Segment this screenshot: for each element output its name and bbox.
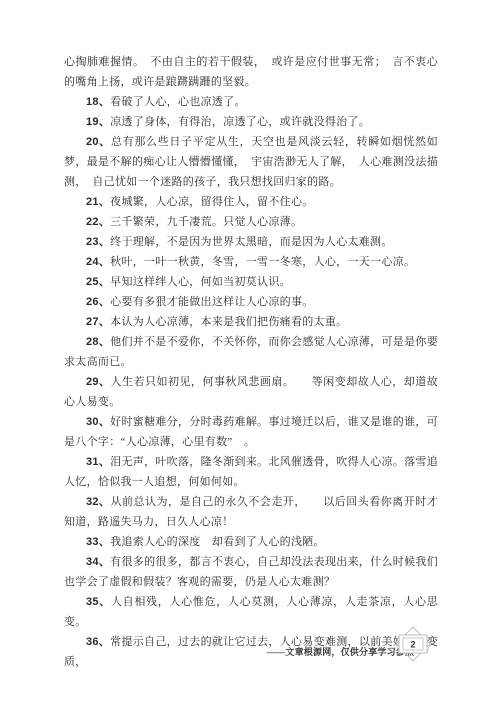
quote-text: 我追索人心的深度 却看到了人心的浅陋。 bbox=[110, 536, 325, 548]
quote-text: 看破了人心，心也凉透了。 bbox=[110, 96, 246, 108]
quote-text: 好时蜜糖难分，分时毒药难解。事过境迁以后，谁又是谁的谁，可是八个字：“人心凉薄，… bbox=[64, 416, 438, 448]
quote-number: 18、 bbox=[86, 96, 110, 108]
quote-item: 24、秋叶，一叶一秋黄，冬雪，一雪一冬寒，人心，一天一心凉。 bbox=[64, 252, 438, 272]
quote-number: 33、 bbox=[86, 536, 110, 548]
quote-text: 三千繁荣，九千凄荒。只觉人心凉薄。 bbox=[110, 216, 302, 228]
quote-item: 26、心要有多狠才能做出这样让人心凉的事。 bbox=[64, 292, 438, 312]
quote-number: 27、 bbox=[86, 316, 110, 328]
quote-item: 20、总有那么些日子平定从生，天空也是风淡云轻，转瞬如烟恍然如梦，最是不解的痴心… bbox=[64, 132, 438, 192]
continuation-paragraph: 心掏肺难握情。 不由自主的若干假装， 或许是应付世事无常； 言不衷心的嘴角上扬，… bbox=[64, 52, 438, 92]
quote-list: 18、看破了人心，心也凉透了。19、凉透了身体，有得治，凉透了心，或许就没得治了… bbox=[64, 92, 438, 672]
source-note: ——文章根源网，仅供分享学习参照 bbox=[267, 645, 414, 658]
quote-number: 25、 bbox=[86, 276, 110, 288]
quote-number: 28、 bbox=[86, 336, 110, 348]
quote-number: 26、 bbox=[86, 296, 110, 308]
quote-number: 22、 bbox=[86, 216, 110, 228]
quote-number: 35、 bbox=[86, 596, 111, 608]
quote-text: 他们并不是不爱你，不关怀你，而你会感觉人心凉薄，可是是你要求太高而已。 bbox=[64, 336, 438, 368]
document-body: 心掏肺难握情。 不由自主的若干假装， 或许是应付世事无常； 言不衷心的嘴角上扬，… bbox=[64, 52, 438, 672]
quote-item: 34、有很多的很多，都言不衷心，自己却没法表现出来，什么时候我们也学会了虚假和假… bbox=[64, 552, 438, 592]
quote-item: 31、泪无声，叶吹落，隆冬渐到来。北风催透骨，吹得人心凉。落雪追人忆，恰似我一人… bbox=[64, 452, 438, 492]
document-page: 心掏肺难握情。 不由自主的若干假装， 或许是应付世事无常； 言不衷心的嘴角上扬，… bbox=[0, 0, 500, 708]
quote-item: 35、人自相残，人心惟危，人心莫测，人心薄凉，人走茶凉，人心思变。 bbox=[64, 592, 438, 632]
quote-item: 32、从前总认为，是自己的永久不会走开， 以后回头看你离开时才知道，路遥失马力，… bbox=[64, 492, 438, 532]
page-number-ornament: 2 bbox=[394, 626, 432, 662]
quote-text: 秋叶，一叶一秋黄，冬雪，一雪一冬寒，人心，一天一心凉。 bbox=[110, 256, 415, 268]
quote-text: 本认为人心凉薄，本来是我们把伤痛看的太重。 bbox=[110, 316, 347, 328]
quote-text: 心要有多狠才能做出这样让人心凉的事。 bbox=[110, 296, 313, 308]
quote-item: 30、好时蜜糖难分，分时毒药难解。事过境迁以后，谁又是谁的谁，可是八个字：“人心… bbox=[64, 412, 438, 452]
quote-text: 从前总认为，是自己的永久不会走开， 以后回头看你离开时才知道，路遥失马力，日久人… bbox=[64, 496, 438, 528]
quote-text: 早知这样绊人心，何如当初莫认识。 bbox=[110, 276, 291, 288]
quote-item: 18、看破了人心，心也凉透了。 bbox=[64, 92, 438, 112]
quote-item: 33、我追索人心的深度 却看到了人心的浅陋。 bbox=[64, 532, 438, 552]
page-number: 2 bbox=[410, 640, 415, 650]
quote-number: 30、 bbox=[86, 416, 110, 428]
quote-item: 25、早知这样绊人心，何如当初莫认识。 bbox=[64, 272, 438, 292]
quote-item: 28、他们并不是不爱你，不关怀你，而你会感觉人心凉薄，可是是你要求太高而已。 bbox=[64, 332, 438, 372]
quote-number: 21、 bbox=[86, 196, 110, 208]
quote-item: 29、人生若只如初见，何事秋风悲画扇。 等闲变却故人心，却道故心人易变。 bbox=[64, 372, 438, 412]
quote-number: 31、 bbox=[86, 456, 110, 468]
quote-item: 27、本认为人心凉薄，本来是我们把伤痛看的太重。 bbox=[64, 312, 438, 332]
quote-text: 夜城繁，人心凉，留得住人，留不住心。 bbox=[110, 196, 313, 208]
quote-number: 19、 bbox=[86, 116, 110, 128]
quote-item: 21、夜城繁，人心凉，留得住人，留不住心。 bbox=[64, 192, 438, 212]
quote-item: 22、三千繁荣，九千凄荒。只觉人心凉薄。 bbox=[64, 212, 438, 232]
quote-text: 有很多的很多，都言不衷心，自己却没法表现出来，什么时候我们也学会了虚假和假装？客… bbox=[64, 556, 438, 588]
quote-text: 终于理解，不是因为世界太黑暗，而是因为人心太难测。 bbox=[110, 236, 393, 248]
quote-number: 24、 bbox=[86, 256, 110, 268]
quote-text: 泪无声，叶吹落，隆冬渐到来。北风催透骨，吹得人心凉。落雪追人忆，恰似我一人追想，… bbox=[64, 456, 438, 488]
quote-item: 23、终于理解，不是因为世界太黑暗，而是因为人心太难测。 bbox=[64, 232, 438, 252]
quote-item: 19、凉透了身体，有得治，凉透了心，或许就没得治了。 bbox=[64, 112, 438, 132]
quote-text: 总有那么些日子平定从生，天空也是风淡云轻，转瞬如烟恍然如梦，最是不解的痴心让人懵… bbox=[64, 136, 438, 188]
quote-number: 32、 bbox=[86, 496, 111, 508]
quote-number: 20、 bbox=[86, 136, 111, 148]
quote-text: 人生若只如初见，何事秋风悲画扇。 等闲变却故人心，却道故心人易变。 bbox=[64, 376, 438, 408]
quote-text: 人自相残，人心惟危，人心莫测，人心薄凉，人走茶凉，人心思变。 bbox=[64, 596, 438, 628]
quote-number: 36、 bbox=[86, 636, 110, 648]
quote-number: 29、 bbox=[86, 376, 111, 388]
quote-number: 34、 bbox=[86, 556, 110, 568]
quote-number: 23、 bbox=[86, 236, 110, 248]
quote-text: 凉透了身体，有得治，凉透了心，或许就没得治了。 bbox=[110, 116, 370, 128]
